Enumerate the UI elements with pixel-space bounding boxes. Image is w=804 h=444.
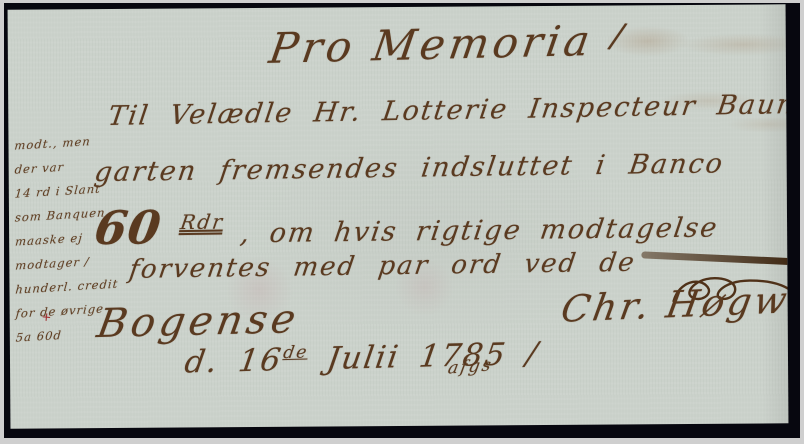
ink-dash-flourish [641, 251, 788, 265]
top-slash-mark: / [609, 16, 626, 57]
clerk-paraph: afgs [446, 355, 494, 378]
body-line-4: forventes med par ord ved de [127, 248, 638, 285]
dateline-day: 16 [236, 342, 285, 379]
scan-mount-border: / Pro Memoria Til Velædle Hr. Lotterie I… [4, 3, 800, 438]
margin-note: modt., men der var 14 rd i Slant som Ban… [14, 133, 108, 350]
body-line-2: garten fremsendes indsluttet i Banco [92, 148, 726, 188]
scanned-document: / Pro Memoria Til Velædle Hr. Lotterie I… [0, 0, 804, 444]
dateline-prefix: d. [182, 344, 221, 381]
letter-paper: / Pro Memoria Til Velædle Hr. Lotterie I… [8, 4, 789, 428]
document-heading: Pro Memoria [266, 16, 597, 73]
dateline-day-suffix: de [282, 342, 310, 363]
margin-note-line: 5a 60d [15, 320, 109, 349]
body-line-3: 60 Rdr , om hvis rigtige modtagelse [91, 193, 723, 255]
body-line-3-rest: , om hvis rigtige modtagelse [238, 212, 720, 249]
dateline-rest: Julii 1785 / [325, 336, 542, 377]
body-line-1: Til Velædle Hr. Lotterie Inspecteur Baum… [106, 89, 788, 132]
amount-unit: Rdr [179, 210, 226, 235]
dateline-place: Bogense [94, 296, 303, 347]
signature: Chr. Høgwad [558, 276, 788, 331]
red-cross-mark: + [41, 309, 52, 328]
